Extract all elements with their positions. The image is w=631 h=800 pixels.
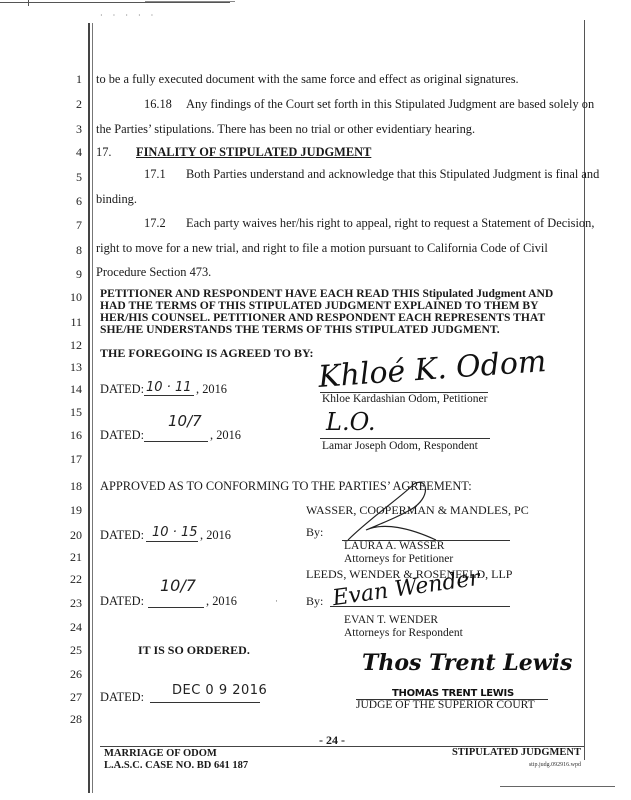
petitioner-counsel-signature [340,478,450,548]
line-number: 2 [56,97,82,112]
petitioner-counsel-handwritten-date: 10 · 15 [152,525,197,540]
line-number: 21 [56,550,82,565]
respondent-counsel-by-label: By: [306,594,323,609]
line-number: 15 [56,405,82,420]
line-number: 8 [56,243,82,258]
respondent-dated-label: DATED: [100,428,144,443]
petitioner-year: , 2016 [196,382,227,397]
petitioner-signature: Khloé K. Odom [317,344,547,395]
document-file-name: stip.judg.092916.wpd [529,762,581,768]
paragraph-16-18-number: 16.18 [144,97,172,112]
section-17-title: FINALITY OF STIPULATED JUDGMENT [136,145,371,160]
petitioner-dated-label: DATED: [100,382,144,397]
line-number: 17 [56,452,82,467]
scan-artifact-dot: · [275,596,278,606]
respondent-handwritten-date: 10/7 [168,412,202,430]
agreed-by-heading: THE FOREGOING IS AGREED TO BY: [100,346,314,361]
acknowledgment-block: PETITIONER AND RESPONDENT HAVE EACH READ… [100,288,553,336]
acknowledgment-line: SHE/HE UNDERSTANDS THE TERMS OF THIS STI… [100,324,553,336]
line-number: 26 [56,667,82,682]
paragraph-17-1-text: Both Parties understand and acknowledge … [186,167,599,182]
respondent-counsel-handwritten-date: 10/7 [160,576,196,595]
respondent-attorney-role: Attorneys for Respondent [344,627,463,639]
paragraph-17-1-number: 17.1 [144,167,166,182]
line-number: 24 [56,620,82,635]
judge-title: JUDGE OF THE SUPERIOR COURT [356,699,535,711]
line-number: 22 [56,572,82,587]
petitioner-counsel-dated-label: DATED: [100,528,144,543]
respondent-counsel-year: , 2016 [206,594,237,609]
line-number: 1 [56,72,82,87]
line-number: 14 [56,382,82,397]
paragraph-16-18-text: Any findings of the Court set forth in t… [186,97,594,112]
so-ordered-label: IT IS SO ORDERED. [138,643,250,658]
line-number: 12 [56,338,82,353]
respondent-date-line [144,441,208,442]
line-number: 9 [56,267,82,282]
case-number: L.A.S.C. CASE NO. BD 641 187 [104,760,248,771]
line-number: 11 [56,315,82,330]
paragraph-17-2-number: 17.2 [144,216,166,231]
pleading-right-rule [584,20,585,760]
respondent-name: Lamar Joseph Odom, Respondent [322,440,478,452]
respondent-counsel-date-line [148,607,204,608]
document-title: STIPULATED JUDGMENT [452,747,581,758]
body-line-1: to be a fully executed document with the… [96,72,519,87]
petitioner-date-line [144,395,194,396]
respondent-attorney-name: EVAN T. WENDER [344,614,438,626]
line-number: 7 [56,218,82,233]
respondent-signature-line [320,438,490,439]
body-line-8: right to move for a new trial, and right… [96,241,548,256]
respondent-counsel-signature-line [330,606,510,607]
petitioner-attorney-name: LAURA A. WASSER [344,540,444,552]
line-number: 6 [56,194,82,209]
line-number: 23 [56,596,82,611]
respondent-year: , 2016 [210,428,241,443]
petitioner-counsel-year: , 2016 [200,528,231,543]
line-number: 25 [56,643,82,658]
petitioner-attorney-role: Attorneys for Petitioner [344,553,453,565]
judge-signature: Thos Trent Lewis [362,650,572,676]
order-dated-label: DATED: [100,690,144,705]
body-line-9: Procedure Section 473. [96,265,211,280]
pleading-left-rule [88,23,90,793]
scan-artifact-line [145,1,235,2]
line-number: 4 [56,145,82,160]
section-17-number: 17. [96,145,112,160]
line-number: 20 [56,528,82,543]
petitioner-counsel-by-label: By: [306,525,323,540]
pleading-left-rule-inner [92,23,93,793]
petitioner-counsel-date-line [146,541,198,542]
body-line-3: the Parties’ stipulations. There has bee… [96,122,475,137]
line-number: 5 [56,170,82,185]
scan-artifact-line [500,786,615,787]
line-number: 3 [56,122,82,137]
petitioner-name: Khloe Kardashian Odom, Petitioner [322,393,487,405]
line-number: 19 [56,503,82,518]
body-line-6: binding. [96,192,137,207]
scan-artifact-tick [28,0,29,6]
judge-stamped-name: THOMAS TRENT LEWIS [392,688,514,699]
line-number: 18 [56,479,82,494]
line-number: 13 [56,360,82,375]
paragraph-17-2-text: Each party waives her/his right to appea… [186,216,594,231]
scan-artifact-dots: · · · · · [100,11,157,20]
petitioner-handwritten-date: 10 · 11 [146,380,191,395]
line-number: 28 [56,712,82,727]
line-number: 10 [56,290,82,305]
line-number: 16 [56,428,82,443]
respondent-signature: L.O. [326,408,375,436]
order-date-line [150,702,260,703]
scan-artifact-line [0,2,230,3]
line-number: 27 [56,690,82,705]
case-title: MARRIAGE OF ODOM [104,748,217,759]
order-stamped-date: DEC 0 9 2016 [172,683,267,698]
respondent-counsel-dated-label: DATED: [100,594,144,609]
